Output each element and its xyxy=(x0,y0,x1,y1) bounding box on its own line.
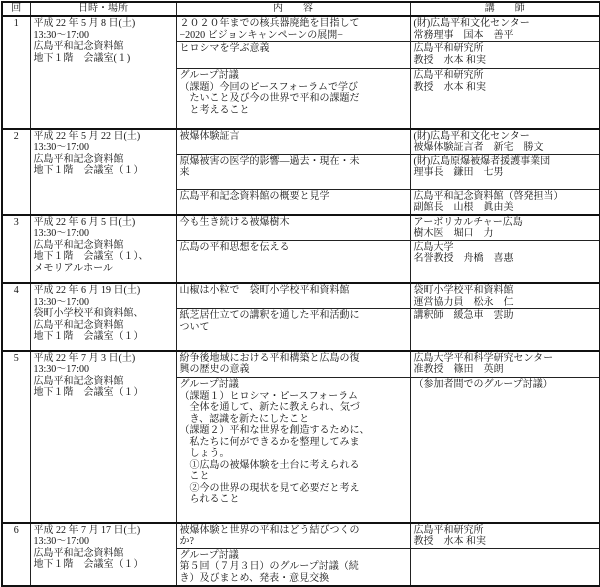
header-datetime-place: 日時・場所 xyxy=(30,2,176,16)
session-number-cell: 6 xyxy=(2,523,30,587)
lecturer-cell: アーボリカルチャー広島 樹木医 堀口 力 xyxy=(410,215,600,241)
lecturer-cell: （参加者間でのグループ討議） xyxy=(410,378,600,523)
content-cell: 今も生き続ける被爆樹木 xyxy=(176,215,410,241)
content-cell: グループ討議 （課題）今回のピースフォーラムで学び たいこと及び今の世界で平和の… xyxy=(176,69,410,129)
datetime-place-cell: 平成 22 年 6 月 5 日(土) 13:30〜17:00 広島平和記念資料館… xyxy=(30,215,176,284)
content-cell: 山椒は小粒で 袋町小学校平和資料館 xyxy=(176,283,410,309)
lecturer-cell: 広島平和記念資料館（啓発担当） 副館長 山根 眞由美 xyxy=(410,189,600,215)
content-cell: グループ討議 第５回（７月３日）のグループ討議（続 き）及びまとめ、発表・意見交… xyxy=(176,548,410,586)
datetime-place-cell: 平成 22 年 7 月 3 日(土) 13:30〜17:00 広島平和記念資料館… xyxy=(30,351,176,523)
lecturer-cell: (財)広島平和文化センター 被爆体験証言者 新宅 勝文 xyxy=(410,129,600,155)
table-row: 3 平成 22 年 6 月 5 日(土) 13:30〜17:00 広島平和記念資… xyxy=(2,215,600,241)
lecturer-cell: 講釈師 緩急車 雲助 xyxy=(410,309,600,351)
session-number-cell: 4 xyxy=(2,283,30,351)
datetime-place-cell: 平成 22 年 5 月 22 日(土) 13:30〜17:00 広島平和記念資料… xyxy=(30,129,176,215)
lecturer-cell: 広島平和研究所 教授 水本 和実 xyxy=(410,523,600,549)
lecturer-cell: (財)広島原爆被爆者援護事業団 理事長 鎌田 七男 xyxy=(410,154,600,189)
header-lecturer: 講 師 xyxy=(410,2,600,16)
content-cell: ２０２０年までの核兵器廃絶を目指して −2020 ビジョンキャンペーンの展開− xyxy=(176,16,410,42)
table-row: 4 平成 22 年 6 月 19 日(土) 13:30〜17:00 袋町小学校平… xyxy=(2,283,600,309)
content-cell: 被爆体験証言 xyxy=(176,129,410,155)
content-cell: ヒロシマを学ぶ意義 xyxy=(176,42,410,69)
session-number-cell: 5 xyxy=(2,351,30,523)
content-cell: グループ討議 （課題１）ヒロシマ・ピースフォーラム 全体を通して、新たに教えられ… xyxy=(176,378,410,523)
content-cell: 紛争後地域における平和構築と広島の復 興の歴史の意義 xyxy=(176,351,410,378)
header-content: 内 容 xyxy=(176,2,410,16)
content-cell: 広島の平和思想を伝える xyxy=(176,240,410,283)
lecturer-cell: 広島平和研究所 教授 水本 和実 xyxy=(410,42,600,69)
header-session-no: 回 xyxy=(2,2,30,16)
table-row: 5 平成 22 年 7 月 3 日(土) 13:30〜17:00 広島平和記念資… xyxy=(2,351,600,378)
table-row: 2 平成 22 年 5 月 22 日(土) 13:30〜17:00 広島平和記念… xyxy=(2,129,600,155)
lecturer-cell xyxy=(410,548,600,586)
schedule-document: 回 日時・場所 内 容 講 師 1 平成 22 年 5 月 8 日(土) 13:… xyxy=(0,0,600,567)
lecturer-cell: 広島大学 名誉教授 舟橋 喜惠 xyxy=(410,240,600,283)
content-cell: 被爆体験と世界の平和はどう結びつくの か? xyxy=(176,523,410,549)
lecturer-cell: 広島平和研究所 教授 水本 和実 xyxy=(410,69,600,129)
table-header-row: 回 日時・場所 内 容 講 師 xyxy=(2,2,600,16)
session-number-cell: 1 xyxy=(2,16,30,129)
content-cell: 原爆被害の医学的影響―過去・現在・未 来 xyxy=(176,154,410,189)
content-cell: 紙芝居仕立ての講釈を通した平和活動に ついて xyxy=(176,309,410,351)
session-number-cell: 3 xyxy=(2,215,30,284)
schedule-table: 回 日時・場所 内 容 講 師 1 平成 22 年 5 月 8 日(土) 13:… xyxy=(1,1,600,587)
datetime-place-cell: 平成 22 年 6 月 19 日(土) 13:30〜17:00 袋町小学校平和資… xyxy=(30,283,176,351)
table-row: 1 平成 22 年 5 月 8 日(土) 13:30〜17:00 広島平和記念資… xyxy=(2,16,600,42)
table-row: 6 平成 22 年 7 月 17 日(土) 13:30〜17:00 広島平和記念… xyxy=(2,523,600,549)
session-number-cell: 2 xyxy=(2,129,30,215)
content-cell: 広島平和記念資料館の概要と見学 xyxy=(176,189,410,215)
datetime-place-cell: 平成 22 年 7 月 17 日(土) 13:30〜17:00 広島平和記念資料… xyxy=(30,523,176,587)
lecturer-cell: 袋町小学校平和資料館 運営協力員 松永 仁 xyxy=(410,283,600,309)
lecturer-cell: (財)広島平和文化センター 常務理事 国本 善平 xyxy=(410,16,600,42)
datetime-place-cell: 平成 22 年 5 月 8 日(土) 13:30〜17:00 広島平和記念資料館… xyxy=(30,16,176,129)
lecturer-cell: 広島大学平和科学研究センター 准教授 篠田 英朗 xyxy=(410,351,600,378)
